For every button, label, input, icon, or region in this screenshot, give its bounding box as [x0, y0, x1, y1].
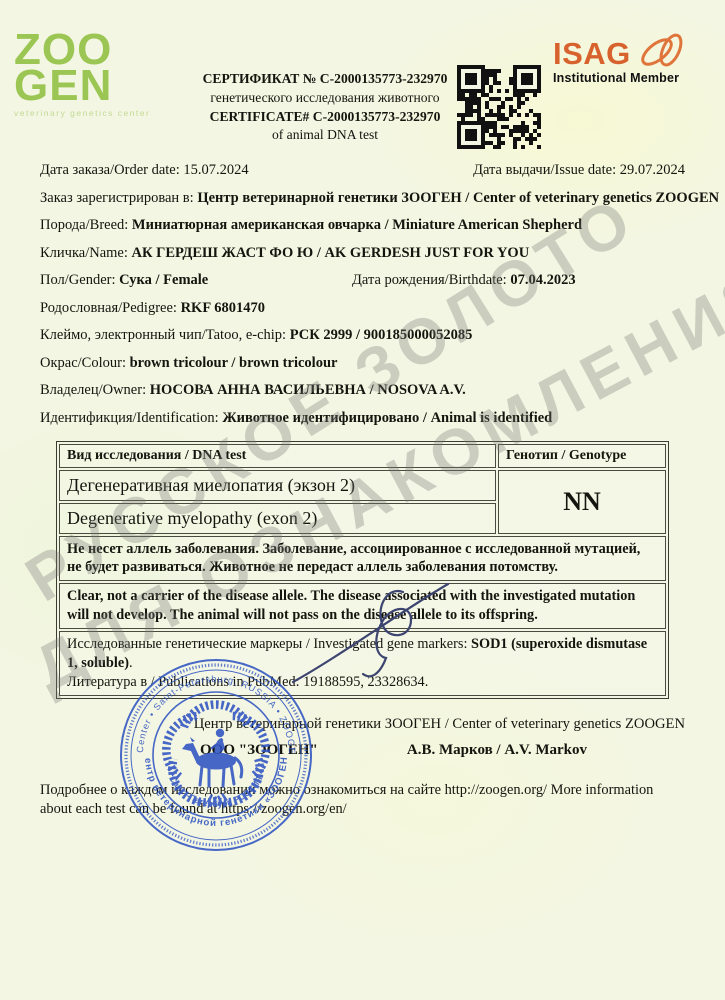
- footer-note: Подробнее о каждом исследовании можно оз…: [40, 781, 672, 820]
- zoogen-logo: ZOO GEN veterinary genetics center: [14, 32, 150, 117]
- test-name-ru: Дегенеративная миелопатия (экзон 2): [59, 470, 496, 501]
- field-value: Животное идентифицировано / Animal is id…: [222, 410, 552, 426]
- order-date: Дата заказа/Order date: 15.07.2024: [40, 162, 249, 179]
- field-colour: Окрас/Colour: brown tricolour / brown tr…: [40, 355, 685, 372]
- publications: Литература в / Publications in PubMed: 1…: [67, 674, 428, 690]
- field-identification: Идентификция/Identification: Животное ид…: [40, 410, 685, 427]
- field-registered: Заказ зарегистрирован в: Центр ветеринар…: [40, 190, 685, 207]
- issue-date: Дата выдачи/Issue date: 29.07.2024: [473, 162, 685, 179]
- signer-name: А.В. Марков / A.V. Markov: [407, 742, 587, 759]
- col-genotype: Генотип / Genotype: [498, 444, 666, 468]
- field-gender-birthdate: Пол/Gender: Сука / Female Дата рождения/…: [40, 272, 685, 289]
- isag-badge: ISAG Institutional Member: [553, 38, 699, 85]
- field-chip: Клеймо, электронный чип/Tatoo, e-chip: Р…: [40, 327, 685, 344]
- field-label: Порода/Breed:: [40, 217, 132, 233]
- table-test-row: Дегенеративная миелопатия (экзон 2) Dege…: [59, 470, 666, 534]
- test-name-en: Degenerative myelopathy (exon 2): [59, 503, 496, 534]
- field-breed: Порода/Breed: Миниатюрная американская о…: [40, 217, 685, 234]
- markers-cell: Исследованные генетические маркеры / Inv…: [59, 631, 666, 696]
- field-label: Дата рождения/Birthdate:: [352, 272, 510, 288]
- certificate-title: СЕРТИФИКАТ № С-2000135773-232970 генетич…: [180, 70, 470, 145]
- field-value: 07.04.2023: [510, 272, 575, 288]
- field-value: РСК 2999 / 900185000052085: [290, 327, 473, 343]
- field-label: Пол/Gender:: [40, 272, 119, 288]
- field-value: Центр ветеринарной генетики ЗООГЕН / Cen…: [197, 190, 719, 206]
- field-owner: Владелец/Owner: НОСОВА АННА ВАСИЛЬЕВНА /…: [40, 382, 685, 399]
- table-markers-row: Исследованные генетические маркеры / Inv…: [59, 631, 666, 696]
- field-name: Кличка/Name: АК ГЕРДЕШ ЖАСТ ФО Ю / AK GE…: [40, 245, 685, 262]
- header: ZOO GEN veterinary genetics center СЕРТИ…: [40, 30, 685, 160]
- zoogen-logo-caption: veterinary genetics center: [14, 110, 150, 117]
- field-value: НОСОВА АННА ВАСИЛЬЕВНА / NOSOVA A.V.: [150, 382, 466, 398]
- field-value: АК ГЕРДЕШ ЖАСТ ФО Ю / AK GERDESH JUST FO…: [132, 245, 530, 261]
- field-value: RKF 6801470: [181, 300, 265, 316]
- table-header-row: Вид исследования / DNA test Генотип / Ge…: [59, 444, 666, 468]
- signature-row: ООО "ЗООГЕН" А.В. Марков / A.V. Markov: [40, 742, 685, 759]
- org-line: Центр ветеринарной генетики ЗООГЕН / Cen…: [40, 716, 685, 733]
- markers-dot: .: [129, 655, 133, 671]
- title-en-number: CERTIFICATE# C-2000135773-232970: [180, 108, 470, 127]
- title-ru-subtitle: генетического исследования животного: [180, 89, 470, 108]
- dates-row: Дата заказа/Order date: 15.07.2024 Дата …: [40, 162, 685, 179]
- markers-label: Исследованные генетические маркеры / Inv…: [67, 636, 471, 652]
- field-label: Заказ зарегистрирован в:: [40, 190, 197, 206]
- test-names: Дегенеративная миелопатия (экзон 2) Dege…: [59, 470, 496, 534]
- table-result-ru-row: Не несет аллель заболевания. Заболевание…: [59, 536, 666, 582]
- certificate-page: РУССКОЕ ЗОЛОТО ДЛЯ ОЗНАКОМЛЕНИЯ ZOO GEN …: [0, 0, 725, 1000]
- field-label: Родословная/Pedigree:: [40, 300, 181, 316]
- field-label: Идентификция/Identification:: [40, 410, 222, 426]
- field-label: Клеймо, электронный чип/Tatoo, e-chip:: [40, 327, 290, 343]
- result-en: Clear, not a carrier of the disease alle…: [59, 583, 666, 629]
- field-value: Сука / Female: [119, 272, 208, 288]
- field-pedigree: Родословная/Pedigree: RKF 6801470: [40, 300, 685, 317]
- title-en-subtitle: of animal DNA test: [180, 126, 470, 145]
- results-table: Вид исследования / DNA test Генотип / Ge…: [56, 441, 669, 699]
- zoogen-logo-line2: GEN: [14, 61, 112, 110]
- col-dna-test: Вид исследования / DNA test: [59, 444, 496, 468]
- genotype-value: NN: [498, 470, 666, 534]
- result-ru: Не несет аллель заболевания. Заболевание…: [59, 536, 666, 582]
- field-label: Владелец/Owner:: [40, 382, 150, 398]
- field-label: Кличка/Name:: [40, 245, 132, 261]
- field-value: brown tricolour / brown tricolour: [130, 355, 338, 371]
- field-value: Миниатюрная американская овчарка / Minia…: [132, 217, 582, 233]
- field-birthdate: Дата рождения/Birthdate: 07.04.2023: [352, 272, 576, 289]
- company-name: ООО "ЗООГЕН": [200, 742, 318, 759]
- qr-code: [455, 63, 543, 151]
- isag-swirl-icon: [627, 30, 697, 76]
- table-result-en-row: Clear, not a carrier of the disease alle…: [59, 583, 666, 629]
- field-label: Окрас/Colour:: [40, 355, 130, 371]
- title-ru-number: СЕРТИФИКАТ № С-2000135773-232970: [180, 70, 470, 89]
